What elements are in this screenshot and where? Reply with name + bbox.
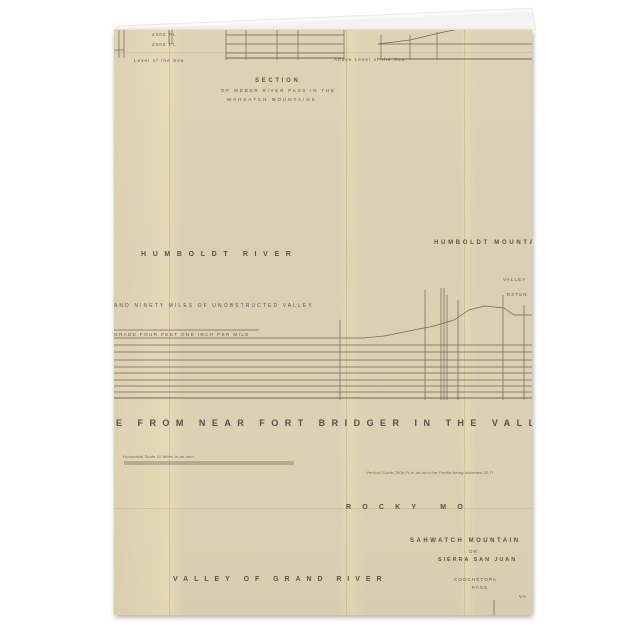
vertical-scale-label: Vertical Scale 2000 Ft to an inch the Pr… xyxy=(366,470,493,475)
level-label-right: Above Level of the Sea xyxy=(334,57,405,62)
section-subtitle: OF WEBER RIVER PASS IN THE xyxy=(221,88,336,93)
level-label: Level of the Sea xyxy=(134,58,185,63)
sierra-label: SIERRA SAN JUAN xyxy=(438,557,517,563)
or-label: OR xyxy=(469,549,478,554)
sahwatch-label: SAHWATCH MOUNTAIN xyxy=(410,538,521,544)
secondary-label: EXTEN xyxy=(507,292,528,297)
humboldt-river-label: HUMBOLDT RIVER xyxy=(141,251,298,258)
section-title: SECTION xyxy=(255,78,301,84)
product-image: 4000 Ft. 2000 Ft. Level of the Sea Above… xyxy=(0,0,644,644)
horizontal-scale-label: Horizontal Scale 10 Miles to an inch xyxy=(123,454,194,459)
rocky-mountains-label: ROCKY MO xyxy=(346,504,474,511)
pass-label: PASS xyxy=(472,585,488,590)
valley-label: VALLEY xyxy=(503,277,526,282)
humboldt-mountains-label: HUMBOLDT MOUNTAI xyxy=(434,240,532,246)
valley-partial-label: VA xyxy=(519,594,527,599)
ninety-miles-label: AND NINETY MILES OF UNOBSTRUCTED VALLEY xyxy=(114,303,314,309)
profile-drawing xyxy=(114,30,532,615)
grand-river-label: VALLEY OF GRAND RIVER xyxy=(173,576,388,583)
greeting-card: 4000 Ft. 2000 Ft. Level of the Sea Above… xyxy=(114,30,532,615)
scale-label: 4000 Ft. xyxy=(152,32,178,37)
main-profile-title: E FROM NEAR FORT BRIDGER IN THE VALLEY O… xyxy=(116,418,532,428)
cochetopa-label: COOCHETOPA xyxy=(454,577,497,582)
grade-label: GRADE FOUR FEET ONE INCH PER MILE xyxy=(114,332,250,337)
scale-label: 2000 Ft. xyxy=(152,42,178,47)
section-subtitle: WAHSATCH MOUNTAINS xyxy=(227,97,317,102)
